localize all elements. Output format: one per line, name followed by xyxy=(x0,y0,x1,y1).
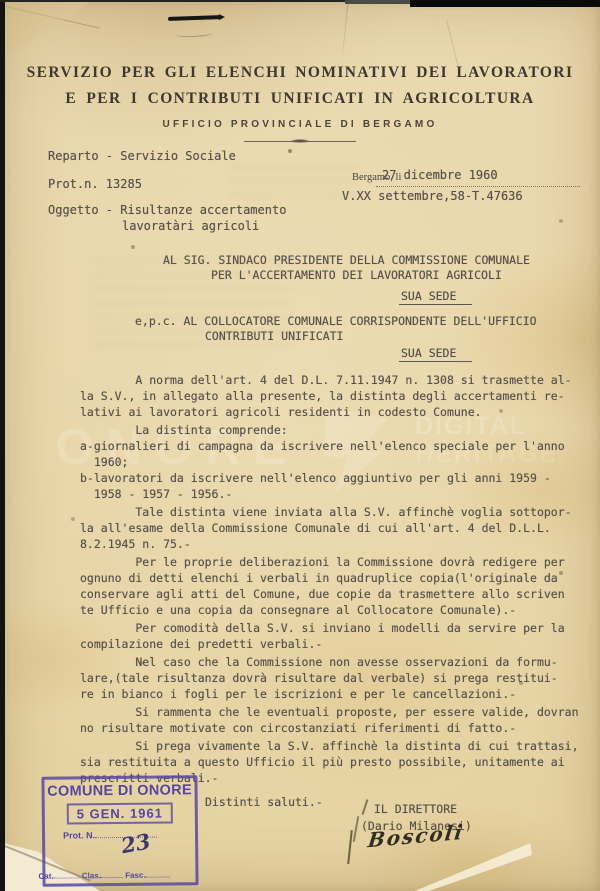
pen-scribble xyxy=(176,29,212,38)
signer-title: IL DIRETTORE xyxy=(374,802,457,816)
stamp-clas-label: Clas. xyxy=(82,871,101,880)
stamp-protocol-value: 23 xyxy=(119,828,152,858)
paper-crease xyxy=(446,21,459,68)
paragraph-2: La distinta comprende: a-giornalieri di … xyxy=(80,422,585,502)
paragraph-6: Nel caso che la Commissione non avesse o… xyxy=(80,654,585,702)
pen-stroke xyxy=(353,816,359,842)
recipient-sede: SUA SEDE xyxy=(399,289,472,305)
pen-stroke xyxy=(362,799,368,815)
ink-bleedthrough-smudge xyxy=(228,166,360,206)
pen-stroke xyxy=(347,830,352,864)
scan-edge-left xyxy=(0,0,5,891)
date-rule xyxy=(376,186,580,187)
letterhead-line2: E PER I CONTRIBUTI UNIFICATI IN AGRICOLT… xyxy=(0,90,600,108)
stamp-fasc-label: Fasc. xyxy=(125,871,146,880)
stamp-municipality: COMUNE DI ONORE xyxy=(45,782,195,800)
stamp-protocol-label: Prot. N. xyxy=(63,830,95,840)
paragraph-4: Per le proprie deliberazioni la Commissi… xyxy=(80,554,585,618)
paragraph-1: A norma dell'art. 4 del D.L. 7.11.1947 n… xyxy=(80,372,585,420)
subject-line2: lavoratàri agricoli xyxy=(122,219,259,233)
stamp-classification-row: Cat. Clas. Fasc. xyxy=(38,868,169,880)
letterhead-rule xyxy=(244,141,356,142)
ink-bleedthrough-smudge xyxy=(92,260,292,348)
salutation: Distinti saluti.- xyxy=(205,795,323,809)
dotted-leader xyxy=(146,868,170,877)
paper-crease xyxy=(340,0,349,72)
bottom-right-fold xyxy=(396,843,534,891)
letterhead-line1: SERVIZIO PER GLI ELENCHI NOMINATIVI DEI … xyxy=(0,64,600,82)
letter-body: A norma dell'art. 4 del D.L. 7.11.1947 n… xyxy=(80,372,585,788)
paragraph-5: Per comodità della S.V. si inviano i mod… xyxy=(80,620,585,652)
stamp-date: 5 GEN. 1961 xyxy=(67,802,173,824)
dotted-leader xyxy=(54,869,80,878)
pen-mark xyxy=(168,15,222,21)
scan-edge-top-mid xyxy=(345,0,415,4)
paragraph-7: Si rammenta che le eventuali proposte, p… xyxy=(80,704,585,736)
dotted-leader xyxy=(101,869,123,878)
letterhead-office: UFFICIO PROVINCIALE DI BERGAMO xyxy=(0,119,600,130)
letter-date: 27 dicembre 1960 xyxy=(382,168,498,182)
stamp-cat-label: Cat. xyxy=(38,872,53,881)
cc-recipient-sede: SUA SEDE xyxy=(399,346,472,362)
paragraph-3: Tale distinta viene inviata alla S.V. af… xyxy=(80,504,585,552)
scan-edge-top-right xyxy=(410,0,600,7)
address-reference-line: V.XX settembre,58-T.47636 xyxy=(342,189,523,203)
protocol-number: Prot.n. 13285 xyxy=(48,177,142,191)
top-left-fold xyxy=(5,2,89,58)
reparto-line: Reparto - Servizio Sociale xyxy=(48,149,236,163)
comune-receipt-stamp: COMUNE DI ONORE 5 GEN. 1961 Prot. N. 23 … xyxy=(41,775,198,887)
scanned-letter-page: ONORE DIGITAL HERITAGE SERVIZIO PER GLI … xyxy=(0,0,600,891)
